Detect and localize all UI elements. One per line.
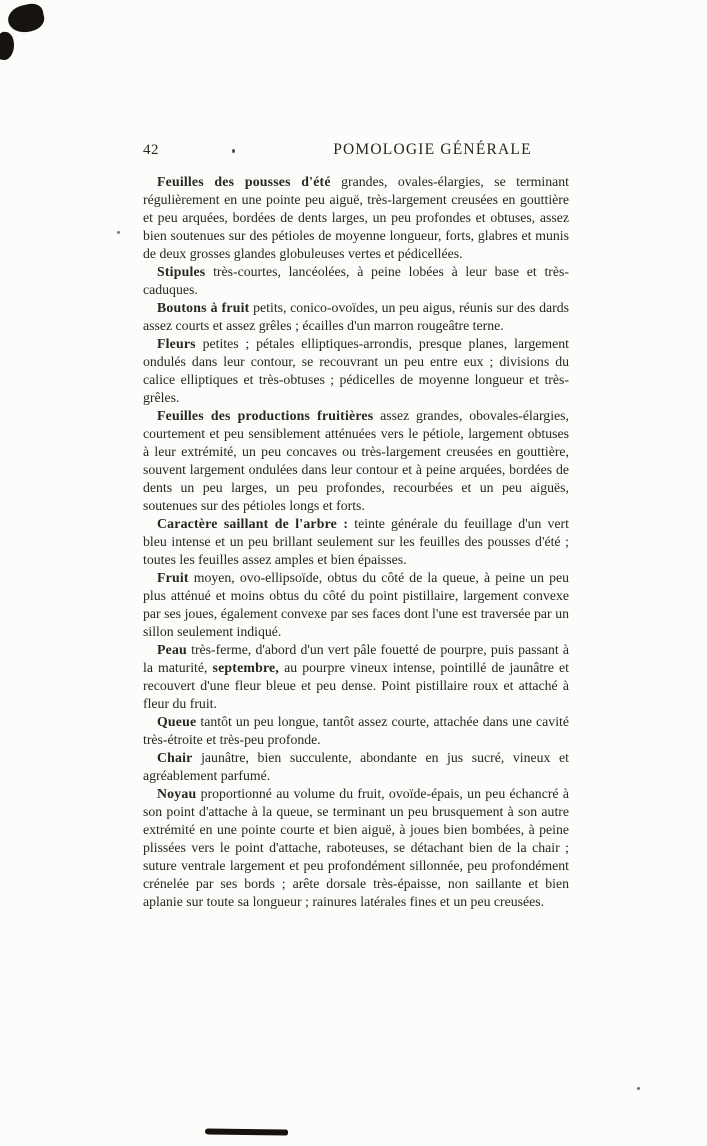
paragraph-lead-text: Fruit xyxy=(157,570,189,585)
paragraph-lead-text: septembre, xyxy=(213,660,280,675)
paragraph-lead-text: Feuilles des productions fruitières xyxy=(157,408,373,423)
running-header-title: POMOLOGIE GÉNÉRALE xyxy=(295,141,570,159)
paragraph: Fleurs petites ; pétales elliptiques-arr… xyxy=(143,335,569,407)
paragraph-lead-text: Queue xyxy=(157,714,196,729)
paragraph: Feuilles des pousses d'été grandes, oval… xyxy=(143,173,569,263)
paragraph: Boutons à fruit petits, conico-ovoïdes, … xyxy=(143,299,569,335)
paragraph-lead-text: Peau xyxy=(157,642,187,657)
scan-artifact-speck xyxy=(637,1087,640,1090)
paragraph-lead-text: Feuilles des pousses d'été xyxy=(157,174,331,189)
paragraph: Caractère saillant de l'arbre : teinte g… xyxy=(143,515,569,569)
paragraph-text: assez grandes, obovales-élargies, courte… xyxy=(143,408,569,513)
scan-artifact-speck xyxy=(117,231,120,234)
paragraph-lead-text: Caractère saillant de l'arbre : xyxy=(157,516,348,531)
paragraph-lead-text: Fleurs xyxy=(157,336,196,351)
scan-artifact-ink-blob xyxy=(6,2,47,36)
paragraph-lead-text: Boutons à fruit xyxy=(157,300,249,315)
scan-artifact-speck xyxy=(232,149,235,153)
paragraph: Fruit moyen, ovo-ellipsoïde, obtus du cô… xyxy=(143,569,569,641)
book-page: 42 POMOLOGIE GÉNÉRALE Feuilles des pouss… xyxy=(0,0,707,1146)
page-body: Feuilles des pousses d'été grandes, oval… xyxy=(143,173,569,911)
page-number: 42 xyxy=(143,142,159,159)
paragraph-text: très-courtes, lancéolées, à peine lobées… xyxy=(143,264,569,297)
scan-artifact-smudge xyxy=(205,1128,288,1135)
paragraph: Peau très-ferme, d'abord d'un vert pâle … xyxy=(143,641,569,713)
paragraph-lead-text: Noyau xyxy=(157,786,196,801)
paragraph: Stipules très-courtes, lancéolées, à pei… xyxy=(143,263,569,299)
paragraph-text: petites ; pétales elliptiques-arrondis, … xyxy=(143,336,569,405)
paragraph-lead-text: Stipules xyxy=(157,264,205,279)
paragraph: Chair jaunâtre, bien succulente, abondan… xyxy=(143,749,569,785)
paragraph-text: tantôt un peu longue, tantôt assez court… xyxy=(143,714,569,747)
paragraph-text: jaunâtre, bien succulente, abondante en … xyxy=(143,750,569,783)
scan-artifact-ink-blob xyxy=(0,31,16,61)
paragraph-text: moyen, ovo-ellipsoïde, obtus du côté de … xyxy=(143,570,569,639)
paragraph: Queue tantôt un peu longue, tantôt assez… xyxy=(143,713,569,749)
paragraph: Noyau proportionné au volume du fruit, o… xyxy=(143,785,569,911)
paragraph: Feuilles des productions fruitières asse… xyxy=(143,407,569,515)
paragraph-text: proportionné au volume du fruit, ovoïde-… xyxy=(143,786,569,909)
paragraph-lead-text: Chair xyxy=(157,750,193,765)
